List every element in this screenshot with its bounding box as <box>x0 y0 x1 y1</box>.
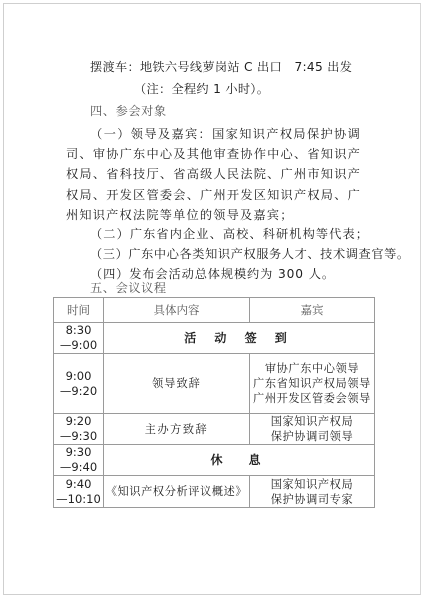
guest-line: 审协广东中心领导 <box>250 361 374 376</box>
table-row: 9:30 —9:40 休 息 <box>54 445 375 476</box>
guest-line: 保护协调司领导 <box>250 429 374 444</box>
time-cell: 9:40 —10:10 <box>54 476 104 508</box>
time-end: —9:20 <box>54 384 103 399</box>
guests-cell: 审协广东中心领导 广东省知识产权局领导 广州开发区管委会领导 <box>250 354 375 414</box>
shuttle-note: （注：全程约 1 小时）。 <box>134 82 269 97</box>
attendee-item-2: （二）广东省内企业、高校、科研机构等代表； <box>90 227 369 242</box>
time-start: 9:40 <box>54 477 103 492</box>
time-end: —9:00 <box>54 338 103 353</box>
time-cell: 9:20 —9:30 <box>54 414 104 445</box>
header-guests: 嘉宾 <box>250 298 375 323</box>
content-cell: 《知识产权分析评议概述》 <box>104 476 250 508</box>
time-start: 8:30 <box>54 323 103 338</box>
agenda-table: 时间 具体内容 嘉宾 8:30 —9:00 活 动 签 到 9:00 —9:20… <box>53 297 375 508</box>
merged-content-cell: 休 息 <box>104 445 375 476</box>
section-4-heading: 四、参会对象 <box>90 104 167 119</box>
time-end: —9:40 <box>54 460 103 475</box>
guests-cell: 国家知识产权局 保护协调司领导 <box>250 414 375 445</box>
guest-line: 国家知识产权局 <box>250 414 374 429</box>
guests-cell: 国家知识产权局 保护协调司专家 <box>250 476 375 508</box>
content-cell: 主办方致辞 <box>104 414 250 445</box>
header-content: 具体内容 <box>104 298 250 323</box>
table-row: 9:20 —9:30 主办方致辞 国家知识产权局 保护协调司领导 <box>54 414 375 445</box>
time-end: —9:30 <box>54 429 103 444</box>
guest-line: 广东省知识产权局领导 <box>250 376 374 391</box>
time-cell: 9:30 —9:40 <box>54 445 104 476</box>
header-time: 时间 <box>54 298 104 323</box>
merged-content-cell: 活 动 签 到 <box>104 323 375 354</box>
table-header-row: 时间 具体内容 嘉宾 <box>54 298 375 323</box>
attendee-item-3: （三）广东中心各类知识产权服务人才、技术调查官等。 <box>90 247 410 262</box>
time-end: —10:10 <box>54 492 103 507</box>
content-cell: 领导致辞 <box>104 354 250 414</box>
guest-line: 保护协调司专家 <box>250 492 374 507</box>
guest-line: 广州开发区管委会领导 <box>250 391 374 406</box>
table-row: 8:30 —9:00 活 动 签 到 <box>54 323 375 354</box>
guest-line: 国家知识产权局 <box>250 477 374 492</box>
time-cell: 8:30 —9:00 <box>54 323 104 354</box>
table-row: 9:40 —10:10 《知识产权分析评议概述》 国家知识产权局 保护协调司专家 <box>54 476 375 508</box>
attendee-item-1-text: （一）领导及嘉宾：国家知识产权局保护协调司、审协广东中心及其他审查协作中心、省知… <box>66 127 361 222</box>
attendee-item-4: （四）发布会活动总体规模约为 300 人。 <box>90 267 335 282</box>
shuttle-line: 摆渡车：地铁六号线萝岗站 C 出口 7:45 出发 <box>90 60 352 75</box>
time-start: 9:20 <box>54 414 103 429</box>
section-5-heading: 五、会议议程 <box>90 281 167 296</box>
attendee-item-1: （一）领导及嘉宾：国家知识产权局保护协调司、审协广东中心及其他审查协作中心、省知… <box>66 124 361 225</box>
table-row: 9:00 —9:20 领导致辞 审协广东中心领导 广东省知识产权局领导 广州开发… <box>54 354 375 414</box>
time-start: 9:30 <box>54 445 103 460</box>
time-cell: 9:00 —9:20 <box>54 354 104 414</box>
time-start: 9:00 <box>54 369 103 384</box>
